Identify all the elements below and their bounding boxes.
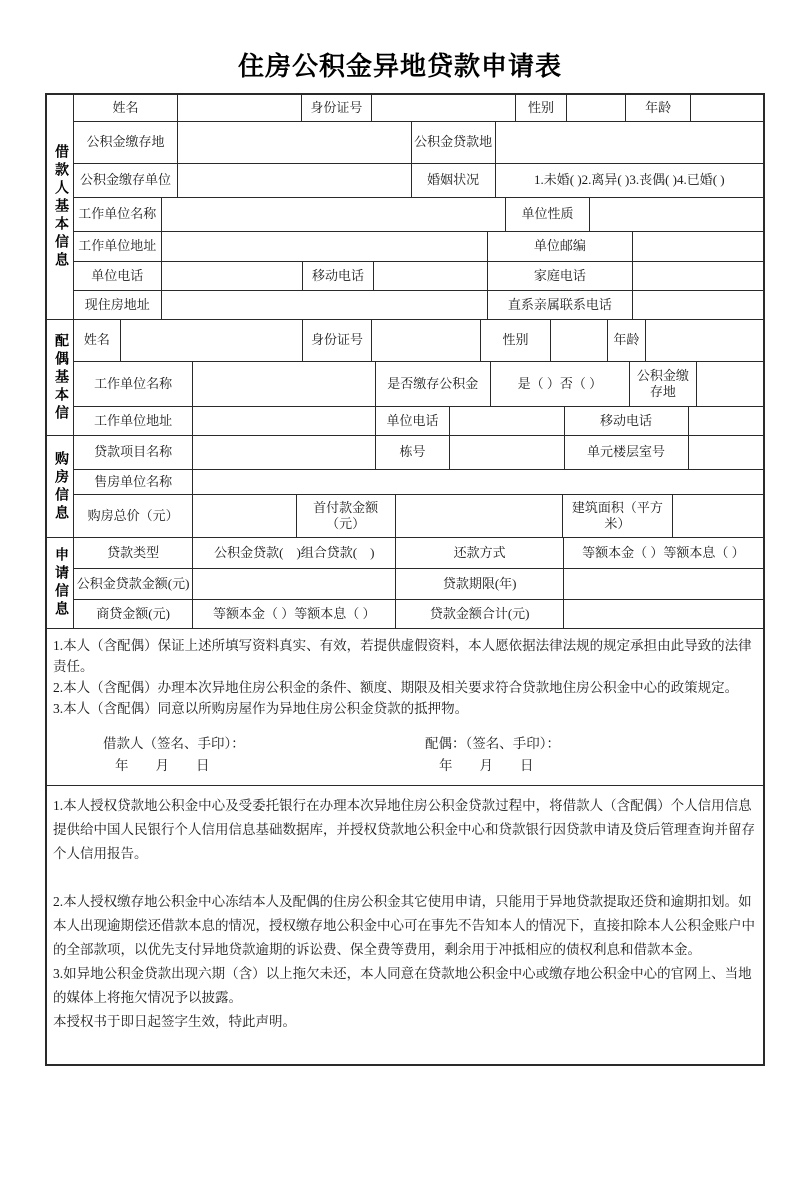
loan-type-label: 贷款类型: [74, 538, 193, 568]
total-price-input[interactable]: [193, 495, 296, 537]
borrower-signature-date[interactable]: 年 月 日: [53, 755, 425, 777]
section-label-spouse: 配偶基本信: [47, 320, 74, 435]
borrower-age-input[interactable]: [691, 95, 763, 121]
deposit-unit-label: 公积金缴存单位: [74, 164, 178, 197]
borrower-work-unit-input[interactable]: [162, 198, 507, 231]
table-row: 贷款类型 公积金贷款( )组合贷款( ) 还款方式 等额本金（ ）等额本息（ ）: [74, 538, 763, 569]
repay-method-label: 还款方式: [396, 538, 563, 568]
marital-status-label: 婚姻状况: [412, 164, 496, 197]
loan-term-label: 贷款期限(年): [396, 569, 563, 599]
loan-term-input[interactable]: [564, 569, 763, 599]
project-name-input[interactable]: [193, 436, 376, 469]
unit-type-label: 单位性质: [506, 198, 590, 231]
home-phone-input[interactable]: [633, 262, 763, 290]
declaration-item: 3.本人（含配偶）同意以所购房屋作为异地住房公积金贷款的抵押物。: [53, 698, 755, 719]
page-title: 住房公积金异地贷款申请表: [0, 46, 800, 83]
spouse-gender-input[interactable]: [551, 320, 608, 361]
commercial-repay-options[interactable]: 等额本金（ ）等额本息（ ）: [193, 600, 396, 628]
table-row: 现住房地址 直系亲属联系电话: [74, 291, 763, 319]
section-application: 申请信息 贷款类型 公积金贷款( )组合贷款( ) 还款方式 等额本金（ ）等额…: [47, 538, 763, 629]
table-row: 单位电话 移动电话 家庭电话: [74, 262, 763, 291]
deposit-place-label: 公积金缴存地: [74, 122, 178, 163]
borrower-name-input[interactable]: [178, 95, 302, 121]
authorization-block: 1.本人授权贷款地公积金中心及受委托银行在办理本次异地住房公积金贷款过程中，将借…: [47, 786, 763, 1064]
table-row: 工作单位地址 单位电话 移动电话: [74, 407, 763, 435]
borrower-id-label: 身份证号: [302, 95, 372, 121]
spouse-unit-phone-label: 单位电话: [376, 407, 450, 435]
table-row: 工作单位名称 是否缴存公积金 是（ ）否（ ） 公积金缴存地: [74, 362, 763, 407]
table-row: 工作单位地址 单位邮编: [74, 232, 763, 262]
area-input[interactable]: [673, 495, 763, 537]
table-row: 公积金贷款金额(元) 贷款期限(年): [74, 569, 763, 600]
section-spouse: 配偶基本信 姓名 身份证号 性别 年龄 工作单位名称 是否缴存公积金 是（ ）否…: [47, 320, 763, 436]
commercial-amount-label: 商贷金额(元): [74, 600, 193, 628]
spouse-has-fund-options[interactable]: 是（ ）否（ ）: [491, 362, 630, 406]
loan-place-label: 公积金贷款地: [412, 122, 496, 163]
table-row: 姓名 身份证号 性别 年龄: [74, 95, 763, 122]
spouse-work-addr-label: 工作单位地址: [74, 407, 193, 435]
table-row: 贷款项目名称 栋号 单元楼层室号: [74, 436, 763, 470]
down-payment-input[interactable]: [396, 495, 563, 537]
borrower-signature-label[interactable]: 借款人（签名、手印）：: [53, 733, 425, 755]
table-row: 工作单位名称 单位性质: [74, 198, 763, 232]
spouse-id-label: 身份证号: [303, 320, 373, 361]
declaration-item: 1.本人（含配偶）保证上述所填写资料真实、有效，若提供虚假资料，本人愿依据法律法…: [53, 635, 755, 677]
borrower-gender-label: 性别: [516, 95, 568, 121]
borrower-work-addr-label: 工作单位地址: [74, 232, 162, 261]
spouse-id-input[interactable]: [372, 320, 481, 361]
borrower-work-unit-label: 工作单位名称: [74, 198, 162, 231]
total-price-label: 购房总价（元）: [74, 495, 193, 537]
fund-loan-amount-input[interactable]: [193, 569, 396, 599]
spouse-mobile-label: 移动电话: [565, 407, 689, 435]
section-borrower: 借款人基本信息 姓名 身份证号 性别 年龄 公积金缴存地 公积金贷款地 公积金缴…: [47, 95, 763, 320]
fund-loan-amount-label: 公积金贷款金额(元): [74, 569, 193, 599]
declaration-item: 2.本人（含配偶）办理本次异地住房公积金的条件、额度、期限及相关要求符合贷款地住…: [53, 677, 755, 698]
total-loan-label: 贷款金额合计(元): [396, 600, 563, 628]
borrower-id-input[interactable]: [372, 95, 516, 121]
borrower-age-label: 年龄: [626, 95, 691, 121]
marital-status-options[interactable]: 1.未婚( )2.离异( )3.丧偶( )4.已婚( ): [496, 164, 763, 197]
unit-phone-input[interactable]: [162, 262, 304, 290]
table-row: 姓名 身份证号 性别 年龄: [74, 320, 763, 362]
mobile-phone-label: 移动电话: [303, 262, 373, 290]
section-label-application: 申请信息: [47, 538, 74, 628]
building-no-label: 栋号: [376, 436, 450, 469]
seller-name-input[interactable]: [193, 470, 763, 494]
loan-place-input[interactable]: [496, 122, 763, 163]
signature-row: 借款人（签名、手印）： 配偶：（签名、手印）：: [53, 733, 755, 755]
declaration-block: 1.本人（含配偶）保证上述所填写资料真实、有效，若提供虚假资料，本人愿依据法律法…: [47, 629, 763, 786]
authorization-statement: 本授权书于即日起签字生效，特此声明。: [53, 1010, 755, 1034]
relative-phone-label: 直系亲属联系电话: [488, 291, 633, 319]
seller-name-label: 售房单位名称: [74, 470, 193, 494]
signature-date-row: 年 月 日 年 月 日: [53, 755, 755, 777]
spouse-fund-place-label: 公积金缴存地: [630, 362, 697, 406]
application-form-table: 借款人基本信息 姓名 身份证号 性别 年龄 公积金缴存地 公积金贷款地 公积金缴…: [45, 93, 765, 1066]
area-label: 建筑面积（平方米）: [563, 495, 673, 537]
deposit-unit-input[interactable]: [178, 164, 412, 197]
spouse-name-input[interactable]: [121, 320, 303, 361]
spouse-fund-place-input[interactable]: [697, 362, 763, 406]
unit-zip-input[interactable]: [633, 232, 763, 261]
unit-phone-label: 单位电话: [74, 262, 162, 290]
section-label-borrower: 借款人基本信息: [47, 95, 74, 319]
unit-zip-label: 单位邮编: [488, 232, 633, 261]
loan-type-options[interactable]: 公积金贷款( )组合贷款( ): [193, 538, 396, 568]
total-loan-input[interactable]: [564, 600, 763, 628]
authorization-paragraph: 1.本人授权贷款地公积金中心及受委托银行在办理本次异地住房公积金贷款过程中，将借…: [53, 794, 755, 866]
spouse-unit-phone-input[interactable]: [450, 407, 564, 435]
spouse-signature-label[interactable]: 配偶：（签名、手印）：: [425, 733, 755, 755]
current-addr-label: 现住房地址: [74, 291, 162, 319]
spouse-work-unit-input[interactable]: [193, 362, 376, 406]
borrower-name-label: 姓名: [74, 95, 178, 121]
table-row: 购房总价（元） 首付款金额（元） 建筑面积（平方米）: [74, 495, 763, 537]
table-row: 公积金缴存地 公积金贷款地: [74, 122, 763, 164]
project-name-label: 贷款项目名称: [74, 436, 193, 469]
table-row: 公积金缴存单位 婚姻状况 1.未婚( )2.离异( )3.丧偶( )4.已婚( …: [74, 164, 763, 198]
authorization-paragraph: 3.如异地公积金贷款出现六期（含）以上拖欠未还，本人同意在贷款地公积金中心或缴存…: [53, 962, 755, 1010]
building-no-input[interactable]: [450, 436, 564, 469]
table-row: 商贷金额(元) 等额本金（ ）等额本息（ ） 贷款金额合计(元): [74, 600, 763, 628]
spouse-age-label: 年龄: [608, 320, 646, 361]
section-label-house: 购房信息: [47, 436, 74, 537]
spouse-mobile-input[interactable]: [689, 407, 763, 435]
deposit-place-input[interactable]: [178, 122, 412, 163]
relative-phone-input[interactable]: [633, 291, 763, 319]
repay-method-options[interactable]: 等额本金（ ）等额本息（ ）: [564, 538, 763, 568]
home-phone-label: 家庭电话: [488, 262, 633, 290]
spouse-name-label: 姓名: [74, 320, 121, 361]
down-payment-label: 首付款金额（元）: [297, 495, 396, 537]
unit-floor-room-input[interactable]: [689, 436, 763, 469]
current-addr-input[interactable]: [162, 291, 489, 319]
mobile-phone-input[interactable]: [374, 262, 488, 290]
unit-floor-room-label: 单元楼层室号: [565, 436, 689, 469]
spouse-has-fund-label: 是否缴存公积金: [376, 362, 491, 406]
spouse-signature-date[interactable]: 年 月 日: [425, 755, 755, 777]
table-row: 售房单位名称: [74, 470, 763, 495]
spouse-age-input[interactable]: [646, 320, 763, 361]
spouse-work-addr-input[interactable]: [193, 407, 376, 435]
section-house: 购房信息 贷款项目名称 栋号 单元楼层室号 售房单位名称 购房总价（元） 首付款…: [47, 436, 763, 538]
borrower-gender-input[interactable]: [567, 95, 626, 121]
unit-type-input[interactable]: [590, 198, 763, 231]
borrower-work-addr-input[interactable]: [162, 232, 489, 261]
spouse-work-unit-label: 工作单位名称: [74, 362, 193, 406]
spouse-gender-label: 性别: [481, 320, 551, 361]
authorization-paragraph: 2.本人授权缴存地公积金中心冻结本人及配偶的住房公积金其它使用申请，只能用于异地…: [53, 890, 755, 962]
